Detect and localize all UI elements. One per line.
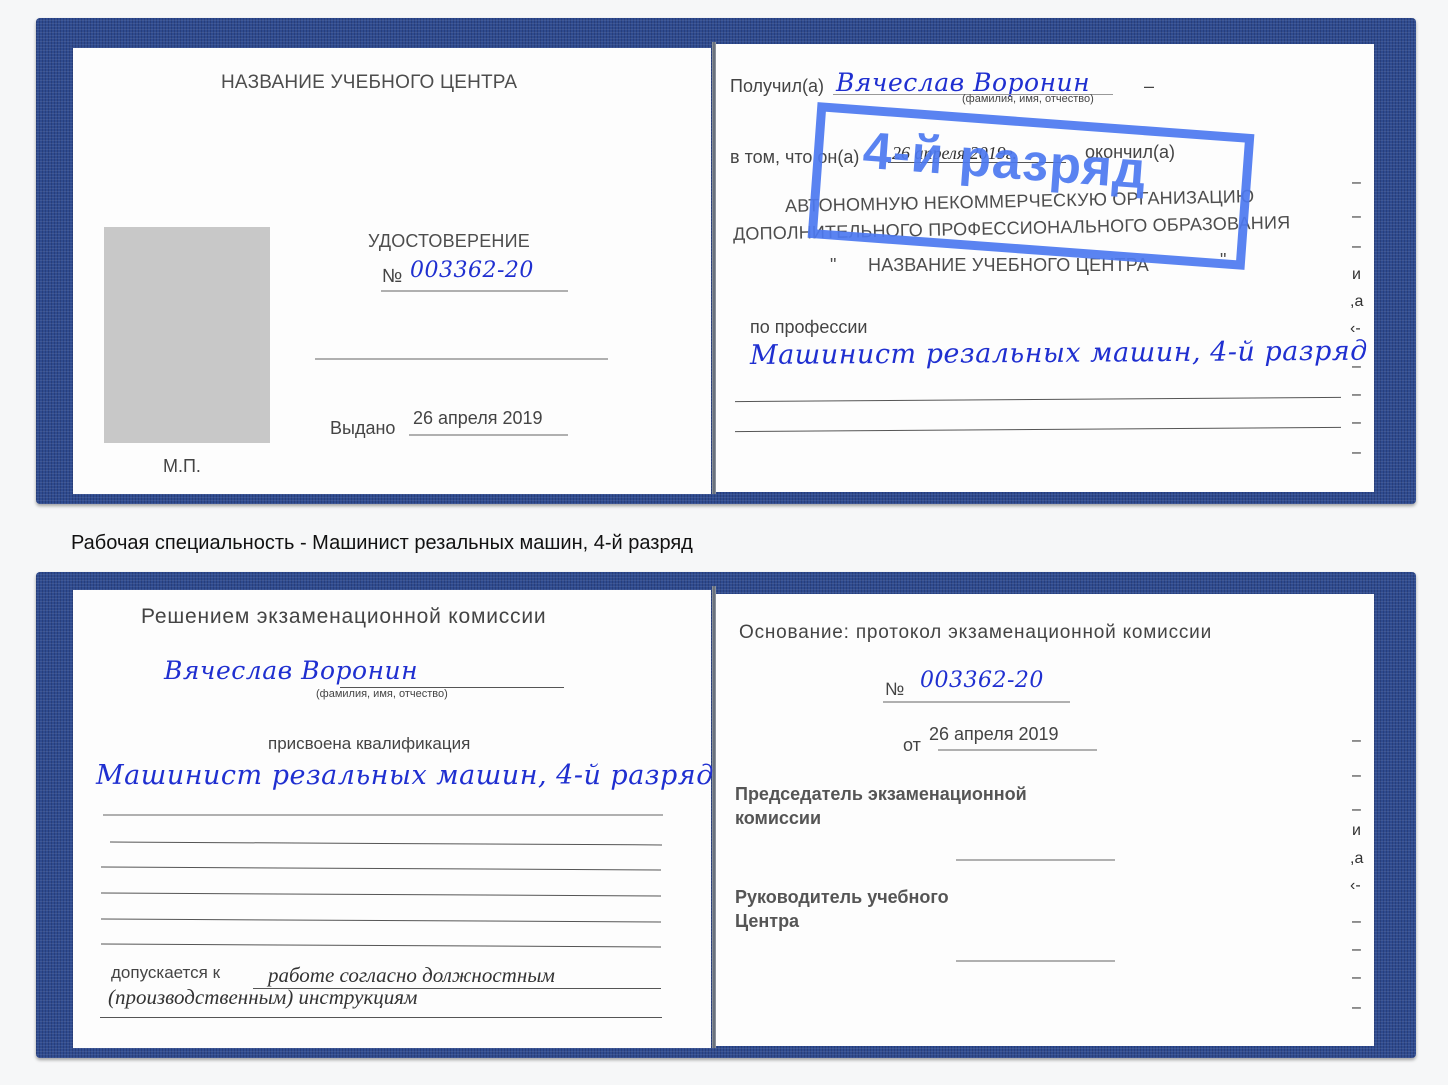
person-hint: (фамилия, имя, отчество) <box>316 688 448 700</box>
edge-mark: и <box>1352 822 1361 840</box>
edge-mark: – <box>1352 386 1361 404</box>
edge-mark: – <box>1352 969 1361 987</box>
head-label-1: Руководитель учебного <box>735 887 949 908</box>
edge-mark: ,а <box>1350 293 1363 311</box>
profession-value: Машинист резальных машин, 4-й разряд <box>750 336 1368 371</box>
blank-line <box>315 358 608 360</box>
issued-label: Выдано <box>330 418 395 439</box>
edge-mark: – <box>1352 238 1361 256</box>
specialty-caption: Рабочая специальность - Машинист резальн… <box>71 532 693 555</box>
decision-heading: Решением экзаменационной комиссии <box>141 605 546 629</box>
qualification-label: присвоена квалификация <box>268 734 470 754</box>
edge-mark: – <box>1352 732 1361 750</box>
person-name: Вячеслав Воронин <box>164 656 418 685</box>
admitted-line-2: (производственным) инструкциям <box>108 985 417 1010</box>
edge-mark: ‹- <box>1350 877 1361 895</box>
edge-mark: ,а <box>1350 850 1363 868</box>
number-underline <box>381 290 568 292</box>
qualification-value: Машинист резальных машин, 4-й разряд <box>96 760 714 791</box>
photo-placeholder <box>104 227 270 443</box>
received-label: Получил(а) <box>730 76 824 97</box>
seal-label: М.П. <box>163 456 201 477</box>
certificate-number: 003362-20 <box>410 258 534 283</box>
grade-stamp-text: 4-й разряд <box>861 121 1149 202</box>
edge-mark: – <box>1352 414 1361 432</box>
number-label: № <box>382 266 402 288</box>
edge-mark: – <box>1352 801 1361 819</box>
protocol-number: 003362-20 <box>920 668 1044 693</box>
head-signature-line <box>956 960 1115 962</box>
basis-text: Основание: протокол экзаменационной коми… <box>739 622 1212 644</box>
issued-date: 26 апреля 2019 <box>413 408 543 429</box>
edge-mark: и <box>1352 266 1361 284</box>
edge-mark: – <box>1352 208 1361 226</box>
edge-mark: ‹- <box>1350 320 1361 338</box>
head-label-2: Центра <box>735 911 799 932</box>
org-name: НАЗВАНИЕ УЧЕБНОГО ЦЕНТРА <box>221 72 517 94</box>
dash: – <box>1144 76 1154 97</box>
from-label: от <box>903 735 921 756</box>
org-quote-open: " <box>830 255 837 276</box>
admitted-label: допускается к <box>111 963 220 983</box>
recipient-hint: (фамилия, имя, отчество) <box>962 93 1094 105</box>
qualification-underline <box>103 814 663 816</box>
doc-title: УДОСТОВЕРЕНИЕ <box>368 231 530 252</box>
edge-mark: – <box>1352 358 1361 376</box>
edge-mark: – <box>1352 767 1361 785</box>
protocol-number-label: № <box>885 679 904 700</box>
edge-mark: – <box>1352 913 1361 931</box>
protocol-date: 26 апреля 2019 <box>929 724 1059 745</box>
chairman-label-2: комиссии <box>735 808 821 829</box>
issued-underline <box>409 434 568 436</box>
admitted-underline-2 <box>100 1017 662 1018</box>
edge-mark: – <box>1352 941 1361 959</box>
edge-mark: – <box>1352 999 1361 1017</box>
protocol-date-underline <box>938 749 1097 751</box>
profession-label: по профессии <box>750 317 867 338</box>
chairman-label-1: Председатель экзаменационной <box>735 784 1027 805</box>
chairman-signature-line <box>956 859 1115 861</box>
protocol-number-underline <box>883 701 1070 703</box>
edge-mark: – <box>1352 174 1361 192</box>
edge-mark: – <box>1352 444 1361 462</box>
